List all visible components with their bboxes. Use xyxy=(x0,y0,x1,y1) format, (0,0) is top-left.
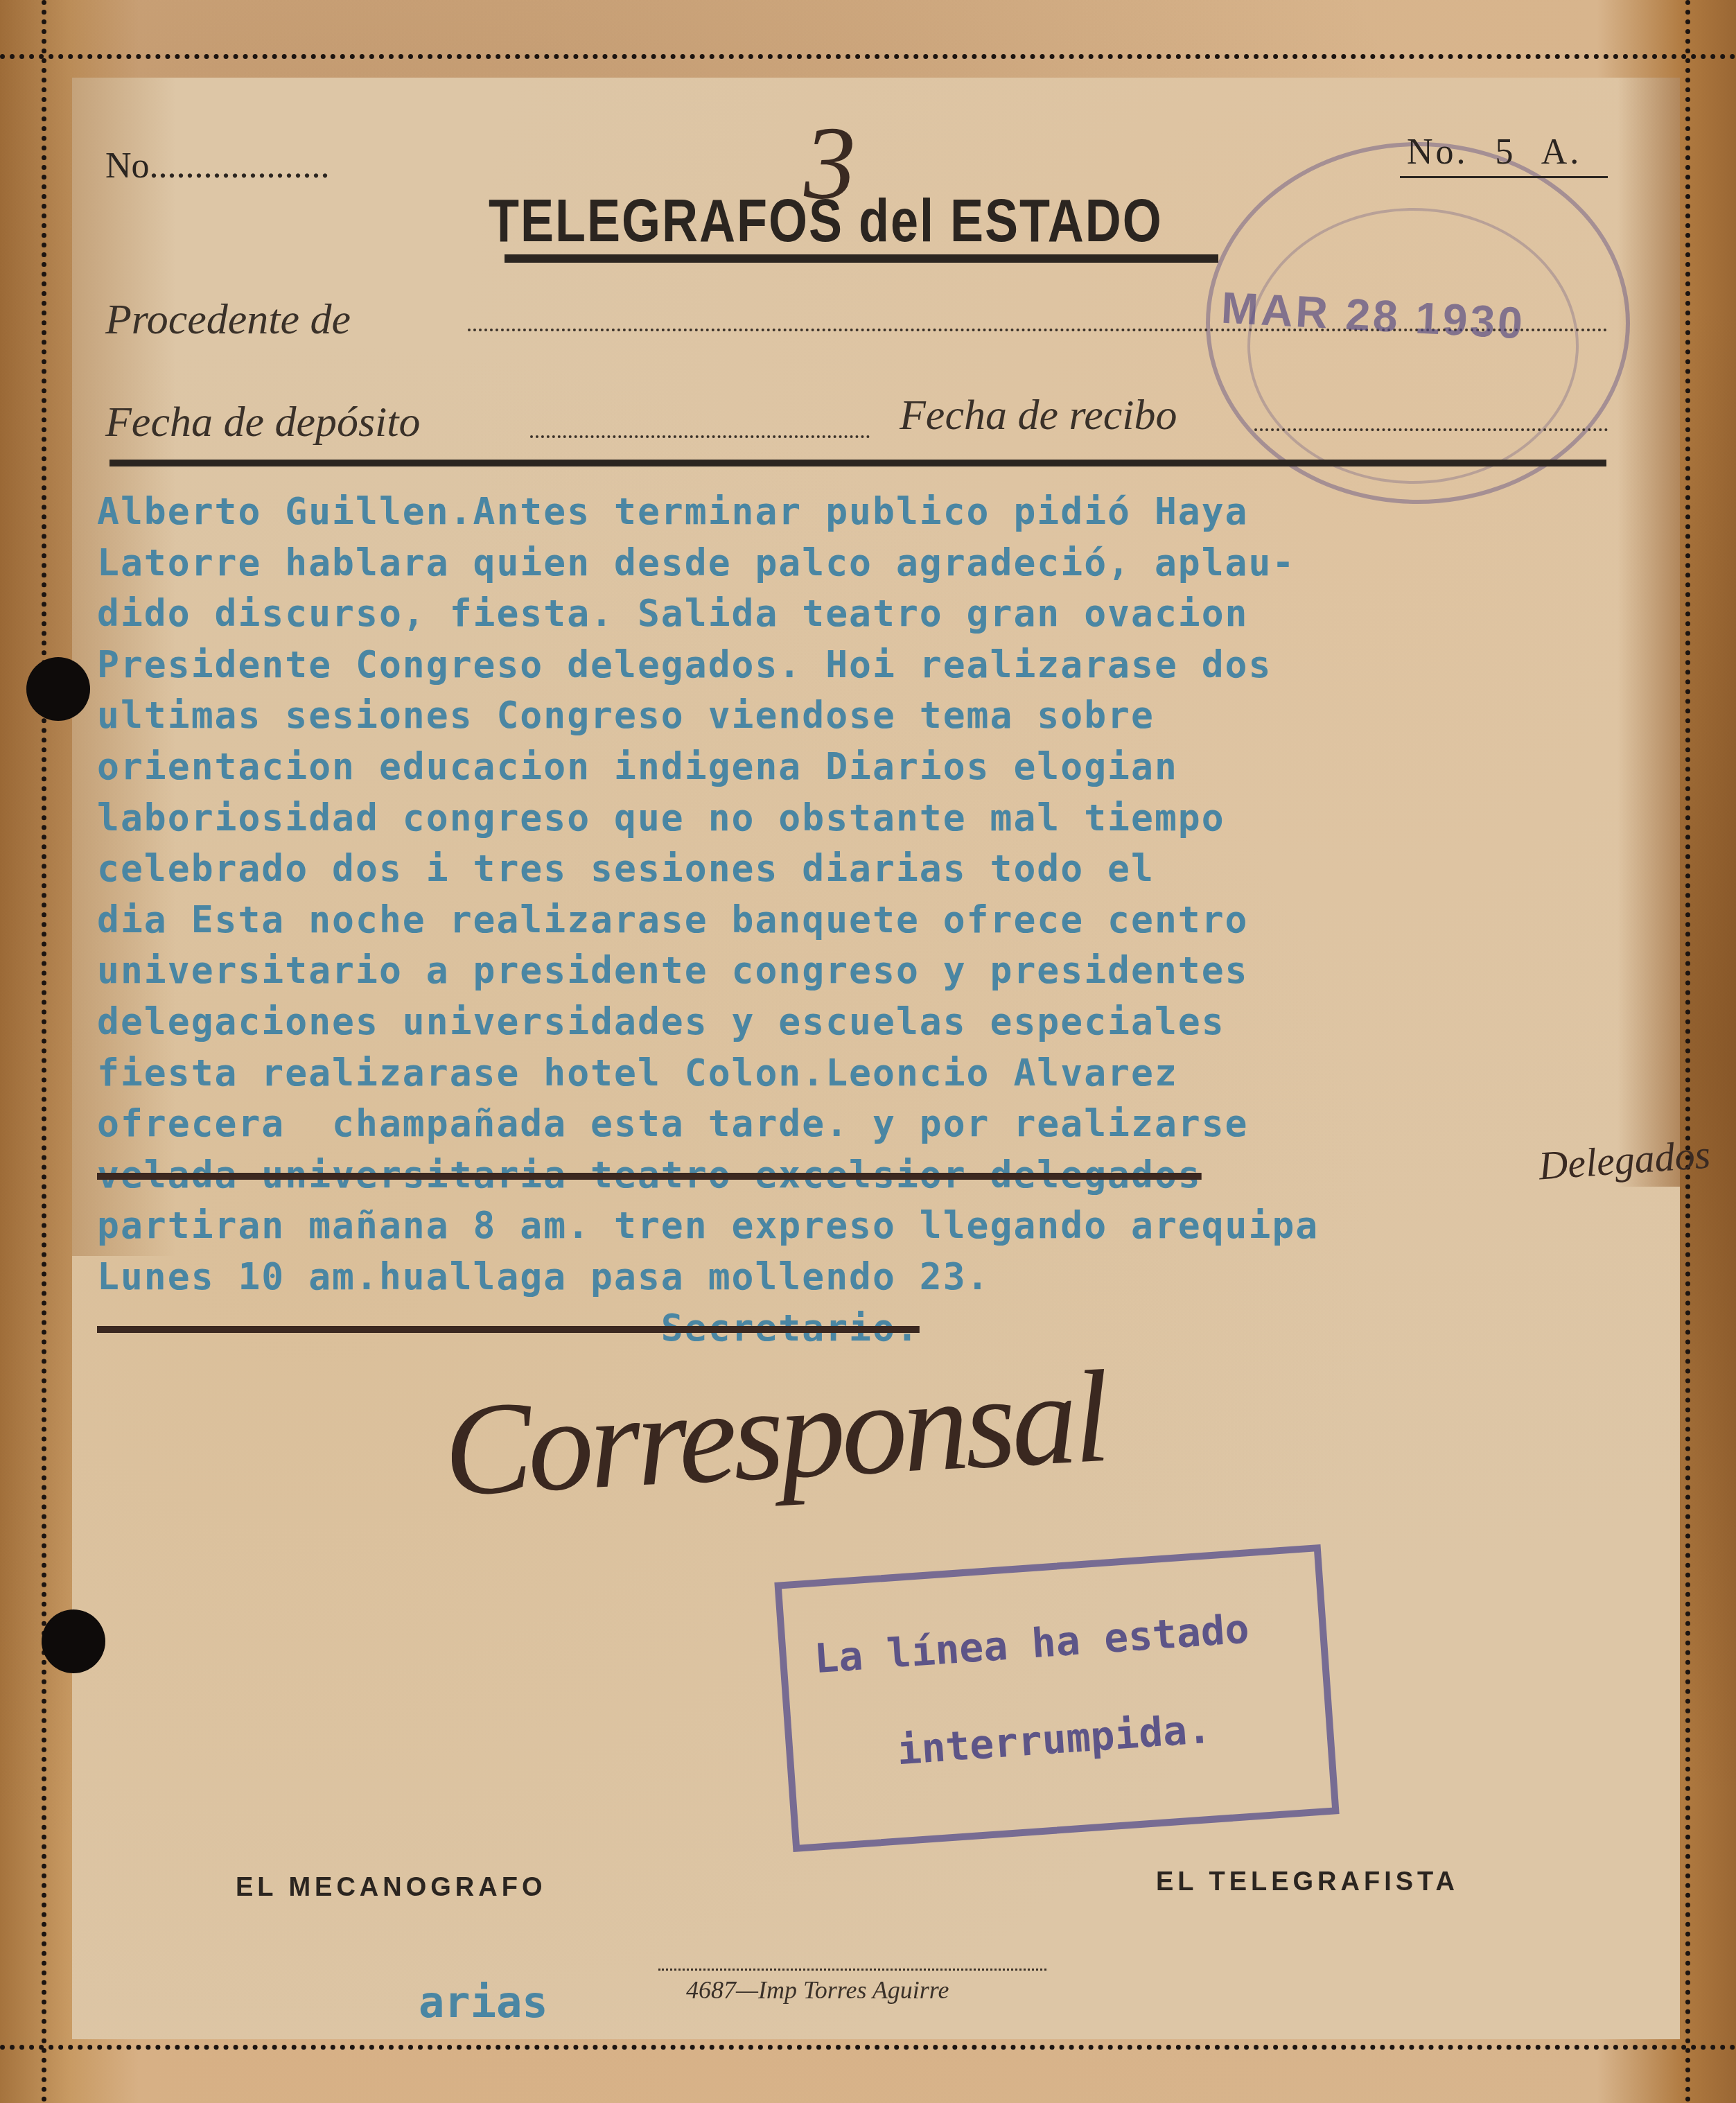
message-line: dia Esta noche realizarase banquete ofre… xyxy=(97,895,1691,946)
message-line: orientacion educacion indigena Diarios e… xyxy=(97,742,1691,793)
typist-name: arias xyxy=(419,1977,548,2027)
document-title: TELEGRAFOS del ESTADO xyxy=(489,187,1163,255)
deposito-field xyxy=(530,435,870,438)
message-line: ofrecera champañada esta tarde. y por re… xyxy=(97,1099,1691,1150)
message-line: Alberto Guillen.Antes terminar publico p… xyxy=(97,487,1691,538)
printer-imprint: 4687—Imp Torres Aguirre xyxy=(686,1975,949,2005)
perforation-left xyxy=(42,0,46,2103)
message-line: Presidente Congreso delegados. Hoi reali… xyxy=(97,640,1691,691)
stamp-line-2: interrumpida. xyxy=(895,1705,1213,1774)
message-line: partiran mañana 8 am. tren expreso llega… xyxy=(97,1201,1691,1252)
message-line: Latorre hablara quien desde palco agrade… xyxy=(97,538,1691,589)
postmark-oval-inner xyxy=(1247,208,1579,484)
perforation-bottom xyxy=(0,2045,1736,2050)
message-line: fiesta realizarase hotel Colon.Leoncio A… xyxy=(97,1048,1691,1099)
recibo-label: Fecha de recibo xyxy=(900,391,1177,440)
telegraphist-label: EL TELEGRAFISTA xyxy=(1156,1867,1459,1897)
procedente-label: Procedente de xyxy=(105,295,351,344)
perforation-top xyxy=(0,54,1736,59)
header-rule xyxy=(109,460,1606,466)
stamp-line-1: La línea ha estado xyxy=(813,1605,1251,1683)
typist-label: EL MECANOGRAFO xyxy=(236,1873,547,1903)
title-rule xyxy=(505,254,1218,263)
message-line-struck: Secretario. xyxy=(97,1303,1691,1354)
form-code-underline xyxy=(1400,176,1608,178)
message-line: laboriosidad congreso que no obstante ma… xyxy=(97,793,1691,844)
message-line: celebrado dos i tres sesiones diarias to… xyxy=(97,844,1691,895)
message-line-struck: velada universitaria teatro excelsior de… xyxy=(97,1150,1691,1201)
form-code: No. 5 A. xyxy=(1407,132,1581,173)
punch-hole-icon xyxy=(26,657,90,721)
telegram-message: Alberto Guillen.Antes terminar publico p… xyxy=(97,487,1691,1354)
deposito-label: Fecha de depósito xyxy=(105,398,421,447)
serial-number-label: No.................... xyxy=(105,146,330,186)
imprint-rule xyxy=(658,1969,1046,1971)
punch-hole-icon xyxy=(42,1609,105,1673)
interruption-stamp: La línea ha estado interrumpida. xyxy=(774,1544,1339,1852)
message-line: ultimas sesiones Congreso viendose tema … xyxy=(97,690,1691,742)
message-line: delegaciones universidades y escuelas es… xyxy=(97,997,1691,1048)
message-line: universitario a presidente congreso y pr… xyxy=(97,945,1691,997)
message-line: dido discurso, fiesta. Salida teatro gra… xyxy=(97,588,1691,640)
message-line: Lunes 10 am.huallaga pasa mollendo 23. xyxy=(97,1252,1691,1303)
recibo-field xyxy=(1254,428,1608,431)
